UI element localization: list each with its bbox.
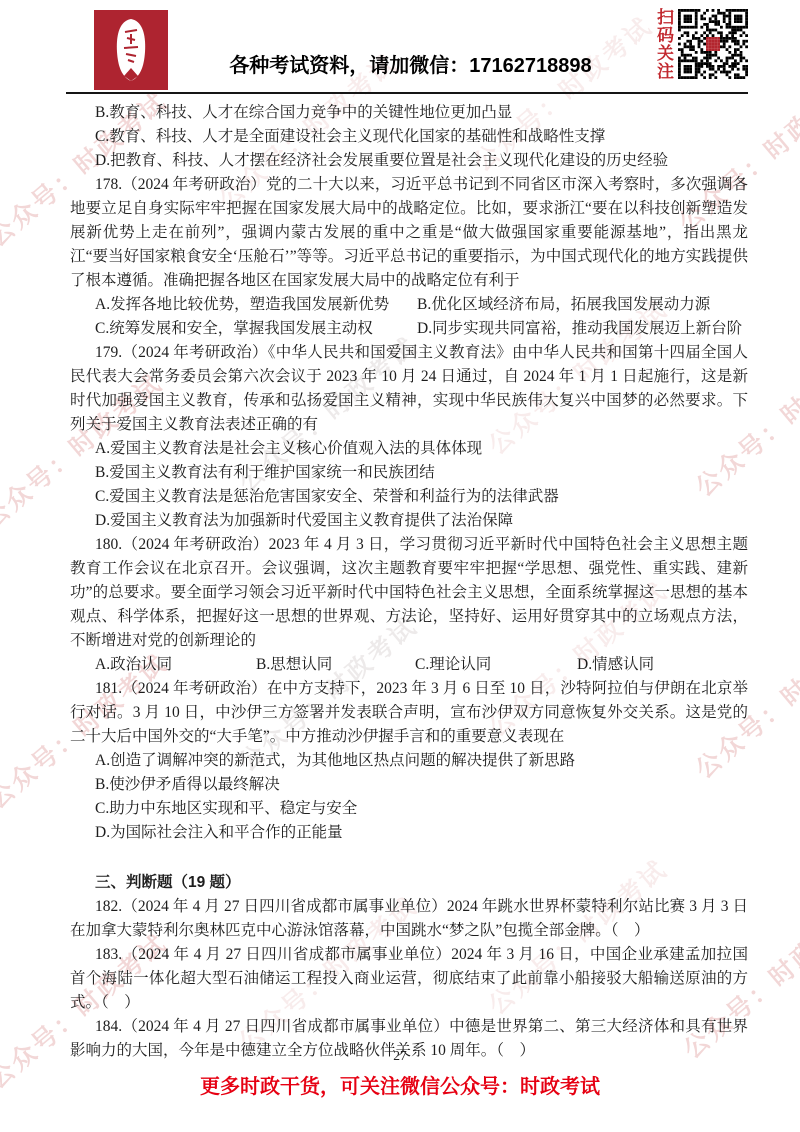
qr-code-graphic [678,8,748,80]
question-stem-179: 179.（2024 年考研政治）《中华人民共和国爱国主义教育法》由中华人民共和国… [70,341,748,437]
seal-logo-graphic [94,10,168,90]
option-line: B.使沙伊矛盾得以最终解决 [70,773,748,797]
document-page: 公众号：时政考试公众号：时政考试公众号：时政考试公众号：时政考试公众号：时政考试… [0,0,800,1132]
option-cell: B.优化区域经济布局，拓展我国发展动力源 [417,293,748,317]
option-cell: A.政治认同 [95,653,256,677]
qr-code [678,8,748,80]
question-stem-180: 180.（2024 年考研政治）2023 年 4 月 3 日，学习贯彻习近平新时… [70,533,748,653]
question-stem-183: 183.（2024 年 4 月 27 日四川省成都市属事业单位）2024 年 3… [70,943,748,1015]
option-line: D.把教育、科技、人才摆在经济社会发展重要位置是社会主义现代化建设的历史经验 [70,149,748,173]
options-row: A.政治认同B.思想认同C.理论认同D.情感认同 [70,653,748,677]
option-cell: D.同步实现共同富裕，推动我国发展迈上新台阶 [417,317,748,341]
option-cell: D.情感认同 [577,653,748,677]
question-stem-178: 178.（2024 年考研政治）党的二十大以来，习近平总书记到不同省区市深入考察… [70,173,748,293]
page-number: 27 [0,1048,800,1064]
option-cell: C.理论认同 [415,653,577,677]
section-title: 三、判断题（19 题） [70,871,748,895]
option-line: B.教育、科技、人才在综合国力竞争中的关键性地位更加凸显 [70,101,748,125]
option-line: A.爱国主义教育法是社会主义核心价值观入法的具体体现 [70,437,748,461]
option-line: C.教育、科技、人才是全面建设社会主义现代化国家的基础性和战略性支撑 [70,125,748,149]
option-line: A.创造了调解冲突的新范式，为其他地区热点问题的解决提供了新思路 [70,749,748,773]
question-stem-182: 182.（2024 年 4 月 27 日四川省成都市属事业单位）2024 年跳水… [70,895,748,943]
page-footer: 27 更多时政干货，可关注微信公众号：时政考试 [0,1048,800,1132]
contact-text: 各种考试资料，请加微信：17162718898 [168,49,653,92]
option-line: C.爱国主义教育法是惩治危害国家安全、荣誉和利益行为的法律武器 [70,485,748,509]
option-cell: B.思想认同 [256,653,415,677]
question-stem-181: 181.（2024 年考研政治）在中方支持下，2023 年 3 月 6 日至 1… [70,677,748,749]
option-line: D.爱国主义教育法为加强新时代爱国主义教育提供了法治保障 [70,509,748,533]
option-line: D.为国际社会注入和平合作的正能量 [70,821,748,845]
document-body: B.教育、科技、人才在综合国力竞争中的关键性地位更加凸显C.教育、科技、人才是全… [0,94,800,1063]
option-cell: A.发挥各地比较优势，塑造我国发展新优势 [95,293,417,317]
page-header: 各种考试资料，请加微信：17162718898 扫码关注 [0,0,800,92]
footer-promo-text: 更多时政干货，可关注微信公众号：时政考试 [0,1070,800,1099]
options-row: A.发挥各地比较优势，塑造我国发展新优势B.优化区域经济布局，拓展我国发展动力源 [70,293,748,317]
seal-logo [94,10,168,90]
option-line: B.爱国主义教育法有利于维护国家统一和民族团结 [70,461,748,485]
qr-area: 扫码关注 [653,8,748,80]
option-line: C.助力中东地区实现和平、稳定与安全 [70,797,748,821]
options-row: C.统筹发展和安全，掌握我国发展主动权D.同步实现共同富裕，推动我国发展迈上新台… [70,317,748,341]
option-cell: C.统筹发展和安全，掌握我国发展主动权 [95,317,417,341]
qr-caption: 扫码关注 [653,8,673,80]
